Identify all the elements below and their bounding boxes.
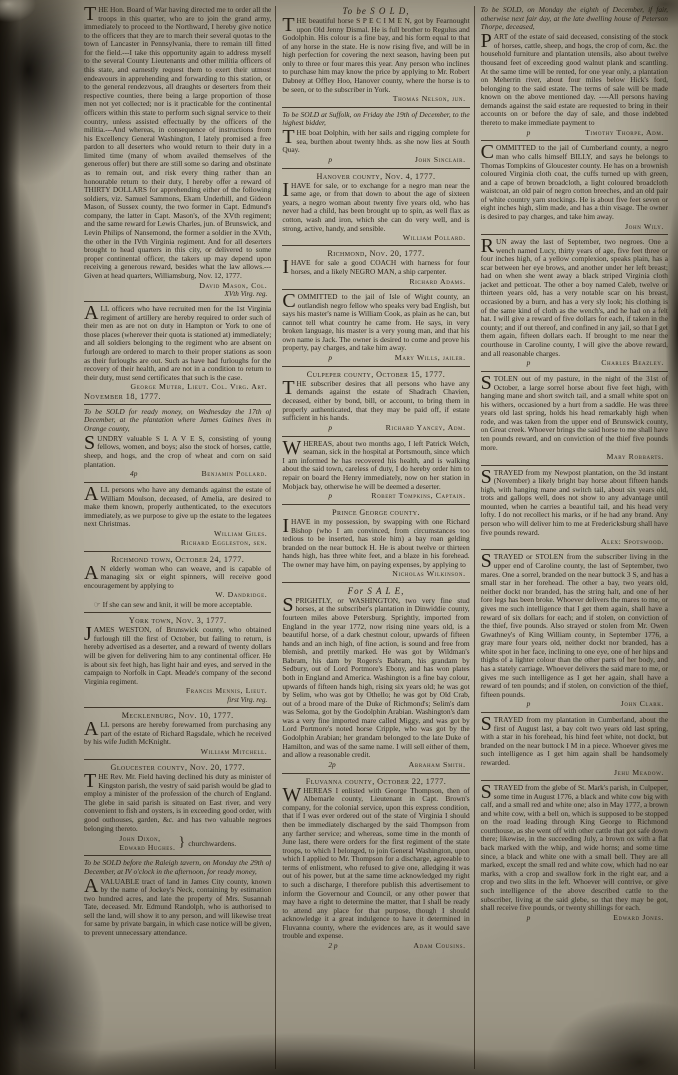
article-body-text: UNDRY valuable S L A V E S, consisting o…	[84, 434, 271, 469]
signature-row: W. Dandridge.	[84, 590, 271, 599]
article-dateline: York town, Nov. 3, 1777.	[84, 616, 271, 625]
article-body: STRAYED or STOLEN from the subscriber li…	[481, 553, 668, 699]
article-dateline: Fluvanna county, October 22, 1777.	[282, 777, 469, 786]
article-intro: To be SOLD for ready money, on Wednesday…	[84, 408, 271, 434]
article-signature: Mary Robbarts.	[607, 452, 668, 461]
article-body: ALL officers who have recruited men for …	[84, 305, 271, 382]
article-body: AVALUABLE tract of land in James City co…	[84, 878, 271, 938]
signature-row: pJohn Clark.	[481, 699, 668, 709]
signature-row: pJohn Sinclair.	[282, 155, 469, 165]
drop-cap: T	[282, 380, 296, 396]
article: WHEREAS, about two months ago, I left Pa…	[282, 436, 469, 501]
article-body-text: ART of the estate of said deceased, cons…	[481, 32, 668, 127]
article: COMMITTED to the jail of Isle of Wight c…	[282, 289, 469, 363]
signature-row: Richard Adams.	[282, 277, 469, 286]
article-body: JAMES WESTON, of Brunswick county, who o…	[84, 626, 271, 686]
printer-mark: p	[282, 156, 332, 165]
article-body: AN elderly woman who can weave, and is c…	[84, 565, 271, 591]
article-body-text: TRAYED or STOLEN from the subscriber liv…	[481, 552, 668, 698]
article-signature: Edward Hughes.	[119, 843, 175, 852]
drop-cap: S	[481, 716, 494, 732]
article-body: THE subscriber desires that all persons …	[282, 380, 469, 423]
article-body: THE beautiful horse S P E C I M E N, got…	[282, 17, 469, 94]
article-body-text: LL persons who have any demands against …	[84, 485, 271, 528]
article-dateline: Gloucester county, Nov. 20, 1777.	[84, 763, 271, 772]
signature-row: William Mitchell.	[84, 747, 271, 756]
article-body-text: LL officers who have recruited men for t…	[84, 304, 271, 382]
article-body: STRAYED from my Newpost plantation, on t…	[481, 469, 668, 538]
article-signature: William Pollard.	[403, 233, 470, 242]
article-body-text: HE beautiful horse S P E C I M E N, got …	[282, 16, 469, 94]
article-body: STRAYED from the glebe of St. Mark's par…	[481, 784, 668, 913]
signature-row: Nicholas Wilkinson.	[282, 569, 469, 578]
manicule-icon: ☞	[84, 600, 103, 609]
article-body-text: HE boat Dolphin, with her sails and rigg…	[282, 128, 469, 154]
signature-row: John Wily.	[481, 222, 668, 231]
article-intro: To be SOLD, on Monday the eighth of Dece…	[481, 6, 668, 32]
article-body-text: AMES WESTON, of Brunswick county, who ob…	[84, 625, 271, 685]
article: STRAYED from my plantation in Cumberland…	[481, 712, 668, 777]
signature-row: pTimothy Thorpe, Adm.	[481, 128, 668, 138]
printer-mark: p	[481, 700, 531, 709]
article-date-line: November 18, 1777.	[84, 392, 271, 401]
column-1: THE Hon. Board of War having directed me…	[84, 6, 271, 1069]
article-heading: To be S O L D,	[282, 6, 469, 16]
article-body-text: HEREAS I enlisted with George Thompson, …	[282, 786, 469, 941]
article-body: STRAYED from my plantation in Cumberland…	[481, 716, 668, 767]
article-signature: William Giles.	[214, 529, 271, 538]
churchwardens-signature: John Dixon,Edward Hughes.}churchwardens.	[84, 834, 271, 852]
drop-cap: P	[481, 33, 494, 49]
article-signature: Mary Wills, jailer.	[395, 353, 470, 362]
drop-cap: I	[282, 259, 291, 275]
article-intro: To be SOLD before the Raleigh tavern, on…	[84, 859, 271, 876]
printer-mark: p	[481, 359, 531, 368]
article-signature: Richard Eggleston, sen.	[181, 538, 271, 547]
signature-names: John Dixon,Edward Hughes.	[119, 834, 175, 852]
article: To be SOLD at Suffolk, on Friday the 19t…	[282, 107, 469, 165]
signature-role: churchwardens.	[188, 839, 236, 848]
signature-row: pRichard Yancey, Adm.	[282, 423, 469, 433]
printer-mark: p	[282, 354, 332, 363]
drop-cap: I	[282, 182, 291, 198]
article: THE Hon. Board of War having directed me…	[84, 6, 271, 298]
signature-row: Richard Eggleston, sen.	[84, 538, 271, 547]
article-dateline: Prince George county.	[282, 508, 469, 517]
article-body-text: HE Hon. Board of War having directed me …	[84, 6, 271, 280]
article-body: ALL persons are hereby forewarned from p…	[84, 721, 271, 747]
printer-mark: p	[282, 424, 332, 433]
article-body-text: TOLEN out of my pasture, in the night of…	[481, 374, 668, 452]
article-heading: For S A L E,	[282, 586, 469, 596]
brace-glyph: }	[179, 835, 186, 851]
drop-cap: R	[481, 238, 496, 254]
drop-cap: A	[84, 565, 100, 581]
article-signature: Thomas Nelson, jun.	[393, 94, 470, 103]
drop-cap: A	[84, 305, 100, 321]
printer-mark: p	[282, 492, 332, 501]
printer-mark: p	[481, 914, 531, 923]
signature-row: pCharles Beazley.	[481, 358, 668, 368]
drop-cap: S	[84, 435, 97, 451]
article-body-text: OMMITTED to the jail of Cumberland count…	[481, 143, 668, 221]
article: ALL officers who have recruited men for …	[84, 301, 271, 401]
article-body: IHAVE for sale, or to exchange for a neg…	[282, 182, 469, 233]
article-body-text: TRAYED from my Newpost plantation, on th…	[481, 468, 668, 537]
article: STRAYED or STOLEN from the subscriber li…	[481, 549, 668, 709]
article-body: ALL persons who have any demands against…	[84, 486, 271, 529]
article-signature: W. Dandridge.	[215, 590, 271, 599]
printer-mark: p	[481, 129, 531, 138]
drop-cap: T	[84, 773, 98, 789]
article-body: WHEREAS, about two months ago, I left Pa…	[282, 440, 469, 491]
article-signature: Robert Tompkins, Captain.	[371, 491, 469, 500]
article-body: IHAVE in my possession, by swapping with…	[282, 518, 469, 569]
article-body-text: PRIGHTLY, or WASHINGTON, two very fine s…	[282, 596, 469, 759]
drop-cap: C	[282, 293, 297, 309]
drop-cap: A	[84, 878, 100, 894]
article-body-text: HE subscriber desires that all persons w…	[282, 379, 469, 422]
article-signature: Abraham Smith.	[409, 760, 470, 769]
article: STOLEN out of my pasture, in the night o…	[481, 371, 668, 462]
article-body: COMMITTED to the jail of Cumberland coun…	[481, 144, 668, 221]
article-body: THE Hon. Board of War having directed me…	[84, 6, 271, 281]
article-signature: Adam Cousins.	[413, 941, 469, 950]
article-signature: Timothy Thorpe, Adm.	[585, 128, 668, 137]
article-body: SPRIGHTLY, or WASHINGTON, two very fine …	[282, 597, 469, 760]
article-signature: George Muter, Lieut. Col. Virg. Art.	[131, 382, 272, 391]
article: ALL persons who have any demands against…	[84, 482, 271, 548]
article-body-text: TRAYED from my plantation in Cumberland,…	[481, 715, 668, 767]
signature-row: 2pAbraham Smith.	[282, 760, 469, 770]
article-postscript: ☞If she can sew and knit, it will be mor…	[84, 601, 271, 610]
article-signature: Nicholas Wilkinson.	[392, 569, 469, 578]
article-body: WHEREAS I enlisted with George Thompson,…	[282, 787, 469, 941]
page-content: THE Hon. Board of War having directed me…	[84, 6, 668, 1069]
article: To be SOLD for ready money, on Wednesday…	[84, 404, 271, 479]
signature-row: 2 pAdam Cousins.	[282, 941, 469, 951]
article-signature: Alex: Spotswood.	[601, 537, 668, 546]
article-dateline: Richmond town, October 24, 1777.	[84, 555, 271, 564]
drop-cap: W	[282, 787, 303, 803]
article: To be SOLD before the Raleigh tavern, on…	[84, 855, 271, 938]
article: Culpeper county, October 15, 1777.THE su…	[282, 366, 469, 433]
drop-cap: T	[282, 17, 296, 33]
drop-cap: S	[282, 597, 295, 613]
article-body-text: HEREAS, about two months ago, I left Pat…	[282, 439, 469, 491]
signature-row: David Mason, Col.	[84, 281, 271, 290]
article: Mecklenburg, Nov. 10, 1777.ALL persons a…	[84, 707, 271, 756]
article-dateline: Hanover county, Nov. 4, 1777.	[282, 172, 469, 181]
drop-cap: T	[84, 6, 98, 22]
drop-cap: A	[84, 486, 100, 502]
signature-row: Francis Mennis, Lieut.	[84, 686, 271, 695]
article-body-text: OMMITTED to the jail of Isle of Wight co…	[282, 292, 469, 352]
article-body: THE boat Dolphin, with her sails and rig…	[282, 129, 469, 155]
signature-row: pMary Wills, jailer.	[282, 353, 469, 363]
article-body: PART of the estate of said deceased, con…	[481, 33, 668, 127]
signature-row: 4pBenjamin Pollard.	[84, 469, 271, 479]
article-signature: Benjamin Pollard.	[201, 469, 271, 478]
signature-note: XVth Virg. reg.	[84, 290, 271, 298]
article: Fluvanna county, October 22, 1777.WHEREA…	[282, 773, 469, 951]
article-signature: John Clark.	[621, 699, 668, 708]
article-signature: William Mitchell.	[201, 747, 272, 756]
article-body-text: VALUABLE tract of land in James City cou…	[84, 877, 271, 937]
signature-row: pEdward Jones.	[481, 913, 668, 923]
article-body: IHAVE for sale a good COACH with harness…	[282, 259, 469, 276]
postscript-text: If she can sew and knit, it will be more…	[103, 600, 253, 609]
article-body: RUN away the last of September, two negr…	[481, 238, 668, 358]
signature-note: first Virg. reg.	[84, 696, 271, 704]
article: COMMITTED to the jail of Cumberland coun…	[481, 140, 668, 231]
drop-cap: W	[282, 440, 303, 456]
article: STRAYED from my Newpost plantation, on t…	[481, 465, 668, 547]
article: To be S O L D,THE beautiful horse S P E …	[282, 6, 469, 104]
article-dateline: Mecklenburg, Nov. 10, 1777.	[84, 711, 271, 720]
article: STRAYED from the glebe of St. Mark's par…	[481, 780, 668, 923]
article-body: SUNDRY valuable S L A V E S, consisting …	[84, 435, 271, 469]
article-signature: John Wily.	[625, 222, 668, 231]
signature-row: pRobert Tompkins, Captain.	[282, 491, 469, 501]
printer-mark: 2 p	[282, 942, 337, 951]
article-intro: To be SOLD at Suffolk, on Friday the 19t…	[282, 111, 469, 128]
printer-mark: 4p	[84, 470, 137, 479]
article: To be SOLD, on Monday the eighth of Dece…	[481, 6, 668, 137]
drop-cap: S	[481, 469, 494, 485]
drop-cap: J	[84, 626, 94, 642]
article-body-text: LL persons are hereby forewarned from pu…	[84, 720, 271, 746]
signature-row: George Muter, Lieut. Col. Virg. Art.	[84, 382, 271, 391]
drop-cap: S	[481, 784, 494, 800]
article: Richmond town, October 24, 1777.AN elder…	[84, 551, 271, 610]
signature-row: Jehu Meadow.	[481, 768, 668, 777]
printer-mark: 2p	[282, 761, 335, 770]
article: Hanover county, Nov. 4, 1777.IHAVE for s…	[282, 168, 469, 243]
article: Gloucester county, Nov. 20, 1777.THE Rev…	[84, 759, 271, 852]
article-body-text: HAVE for sale, or to exchange for a negr…	[282, 181, 469, 233]
article-body-text: HAVE in my possession, by swapping with …	[282, 517, 469, 569]
article-signature: David Mason, Col.	[199, 281, 271, 290]
article-body: COMMITTED to the jail of Isle of Wight c…	[282, 293, 469, 353]
drop-cap: I	[282, 518, 291, 534]
drop-cap: S	[481, 553, 494, 569]
article: Richmond, Nov. 20, 1777.IHAVE for sale a…	[282, 245, 469, 286]
article-signature: Richard Adams.	[409, 277, 469, 286]
article-body: STOLEN out of my pasture, in the night o…	[481, 375, 668, 452]
drop-cap: A	[84, 721, 100, 737]
article-signature: Edward Jones.	[613, 913, 668, 922]
article-signature: Francis Mennis, Lieut.	[186, 686, 271, 695]
article-body-text: UN away the last of September, two negro…	[481, 237, 668, 358]
column-2: To be S O L D,THE beautiful horse S P E …	[275, 6, 469, 1069]
signature-row: William Giles.	[84, 529, 271, 538]
signature-row: Thomas Nelson, jun.	[282, 94, 469, 103]
article: Prince George county.IHAVE in my possess…	[282, 504, 469, 579]
article-body-text: HAVE for sale a good COACH with harness …	[291, 258, 470, 276]
newspaper-page: THE Hon. Board of War having directed me…	[0, 0, 678, 1075]
article-body-text: N elderly woman who can weave, and is ca…	[84, 564, 271, 590]
article-signature: John Dixon,	[119, 834, 175, 843]
signature-row: Mary Robbarts.	[481, 452, 668, 461]
drop-cap: T	[282, 129, 296, 145]
article-body-text: HE Rev. Mr. Field having declined his du…	[84, 772, 271, 832]
article: York town, Nov. 3, 1777.JAMES WESTON, of…	[84, 612, 271, 704]
article-signature: John Sinclair.	[415, 155, 470, 164]
signature-row: Alex: Spotswood.	[481, 537, 668, 546]
article-signature: Charles Beazley.	[601, 358, 668, 367]
drop-cap: C	[481, 144, 496, 160]
signature-row: William Pollard.	[282, 233, 469, 242]
drop-cap: S	[481, 375, 494, 391]
article: For S A L E,SPRIGHTLY, or WASHINGTON, tw…	[282, 582, 469, 770]
article-dateline: Culpeper county, October 15, 1777.	[282, 370, 469, 379]
article-body: THE Rev. Mr. Field having declined his d…	[84, 773, 271, 833]
article-signature: Richard Yancey, Adm.	[386, 423, 470, 432]
article: RUN away the last of September, two negr…	[481, 234, 668, 368]
article-body-text: TRAYED from the glebe of St. Mark's pari…	[481, 783, 668, 912]
column-3: To be SOLD, on Monday the eighth of Dece…	[474, 6, 668, 1069]
article-signature: Jehu Meadow.	[614, 768, 668, 777]
